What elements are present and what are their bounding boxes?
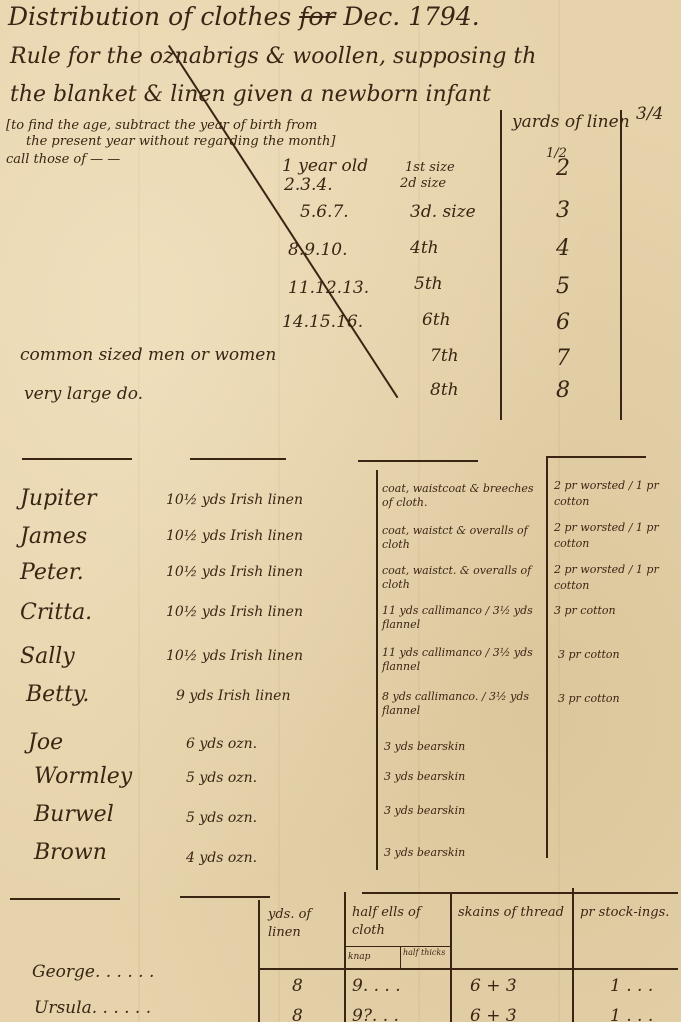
linen-cell: 8 xyxy=(292,976,303,996)
header-stockings: pr stock-ings. xyxy=(580,904,680,922)
age-cell: 2.3.4. xyxy=(284,175,333,195)
age-cell: very large do. xyxy=(24,384,143,404)
header-linen: yds. of linen xyxy=(268,906,342,942)
linen-allotment: 4 yds ozn. xyxy=(186,850,257,866)
thread-cell: 6 + 3 xyxy=(470,976,517,996)
size-cell: 3d. size xyxy=(410,202,476,222)
age-cell: 1 year old xyxy=(282,156,368,176)
thread-cell: 6 + 3 xyxy=(470,1006,517,1022)
size-cell: 1st size xyxy=(405,160,455,175)
linen-allotment: 10½ yds Irish linen xyxy=(166,648,303,664)
vertical-rule xyxy=(450,892,452,1022)
section-divider xyxy=(180,896,270,898)
header-thread: skains of thread xyxy=(458,904,568,922)
person-name: Brown xyxy=(34,840,107,865)
cloth-allotment: coat, waistcoat & breeches of cloth. xyxy=(382,482,542,510)
stockings-allotment: 2 pr worsted / 1 pr cotton xyxy=(554,520,681,552)
vertical-rule xyxy=(620,110,622,420)
size-cell: 2d size xyxy=(400,176,446,191)
rule-line-2: the blanket & linen given a newborn infa… xyxy=(10,82,491,107)
linen-allotment: 5 yds ozn. xyxy=(186,770,257,786)
section-divider xyxy=(10,898,120,900)
size-cell: 4th xyxy=(410,238,439,258)
document-title: Distribution of clothes for Dec. 1794. xyxy=(8,2,480,31)
cloth-allotment: 3 yds bearskin xyxy=(384,804,465,817)
age-cell: common sized men or women xyxy=(20,345,276,365)
person-name: Joe xyxy=(28,730,63,755)
struck-word: for xyxy=(299,2,335,31)
linen-cell: 7 xyxy=(556,346,570,371)
linen-cell: 8 xyxy=(556,378,570,403)
note-line-1: [to find the age, subtract the year of b… xyxy=(6,118,317,133)
size-cell: 7th xyxy=(430,346,459,366)
person-name: Burwel xyxy=(34,802,114,827)
linen-cell: 5 xyxy=(556,274,570,299)
vertical-rule xyxy=(546,458,548,858)
person-name: Wormley xyxy=(34,764,132,789)
cloth-allotment: 8 yds callimanco. / 3½ yds flannel xyxy=(382,690,542,718)
person-name: Jupiter xyxy=(20,486,96,511)
linen-cell: 6 xyxy=(556,310,570,335)
cloth-cell: 9. . . . xyxy=(352,976,401,996)
stockings-cell: 1 . . . xyxy=(610,1006,653,1022)
cloth-allotment: 11 yds callimanco / 3½ yds flannel xyxy=(382,646,542,674)
person-name: Sally xyxy=(20,644,75,669)
linen-cell: 4 xyxy=(556,236,570,261)
three-quarter-header: 3/4 xyxy=(636,104,663,124)
vertical-rule xyxy=(572,888,574,1022)
cloth-allotment: 3 yds bearskin xyxy=(384,846,465,859)
header-half-thicks: half thicks xyxy=(403,948,449,957)
age-cell: 11.12.13. xyxy=(288,278,369,298)
cloth-allotment: 11 yds callimanco / 3½ yds flannel xyxy=(382,604,542,632)
cloth-allotment: 3 yds bearskin xyxy=(384,740,465,753)
person-name: George. . . . . . xyxy=(32,962,154,982)
cloth-allotment: coat, waistct. & overalls of cloth xyxy=(382,564,542,592)
section-divider xyxy=(190,458,286,460)
age-cell: 5.6.7. xyxy=(300,202,349,222)
call-those-of: call those of — — xyxy=(6,152,120,167)
person-name: Peter. xyxy=(20,560,84,585)
linen-allotment: 6 yds ozn. xyxy=(186,736,257,752)
stockings-allotment: 2 pr worsted / 1 pr cotton xyxy=(554,562,681,594)
linen-allotment: 9 yds Irish linen xyxy=(176,688,291,704)
stockings-allotment: 2 pr worsted / 1 pr cotton xyxy=(554,478,681,510)
linen-cell: 3 xyxy=(556,198,570,223)
person-name: Betty. xyxy=(26,682,89,707)
size-cell: 8th xyxy=(430,380,459,400)
linen-cell: 8 xyxy=(292,1006,303,1022)
vertical-rule xyxy=(258,900,260,1022)
linen-allotment: 10½ yds Irish linen xyxy=(166,528,303,544)
yards-linen-header: yards of linen xyxy=(512,112,630,132)
section-divider xyxy=(22,458,132,460)
linen-allotment: 5 yds ozn. xyxy=(186,810,257,826)
subheader-rule xyxy=(400,946,401,968)
linen-cell: 2 xyxy=(556,156,570,181)
stockings-allotment: 3 pr cotton xyxy=(554,604,616,617)
age-cell: 14.15.16. xyxy=(282,312,363,332)
size-cell: 5th xyxy=(414,274,443,294)
linen-allotment: 10½ yds Irish linen xyxy=(166,492,303,508)
header-knap: knap xyxy=(348,952,370,962)
section-divider xyxy=(358,460,478,462)
header-underline xyxy=(258,968,678,970)
linen-allotment: 10½ yds Irish linen xyxy=(166,604,303,620)
vertical-rule xyxy=(500,110,502,420)
person-name: Critta. xyxy=(20,600,92,625)
section-divider xyxy=(546,456,646,458)
size-cell: 6th xyxy=(422,310,451,330)
subheader-rule xyxy=(346,946,450,947)
age-cell: 8.9.10. xyxy=(288,240,347,260)
rule-line-1: Rule for the oznabrigs & woollen, suppos… xyxy=(10,44,536,69)
person-name: James xyxy=(20,524,87,549)
section-divider xyxy=(362,892,678,894)
linen-allotment: 10½ yds Irish linen xyxy=(166,564,303,580)
person-name: Ursula. . . . . . xyxy=(34,998,151,1018)
stockings-allotment: 3 pr cotton xyxy=(558,692,620,705)
stockings-cell: 1 . . . xyxy=(610,976,653,996)
header-cloth: half ells of cloth xyxy=(352,904,448,940)
vertical-rule xyxy=(344,892,346,1022)
cloth-allotment: coat, waistct & overalls of cloth xyxy=(382,524,542,552)
stockings-allotment: 3 pr cotton xyxy=(558,648,620,661)
vertical-rule xyxy=(376,470,378,870)
cloth-allotment: 3 yds bearskin xyxy=(384,770,465,783)
cloth-cell: 9?. . . xyxy=(352,1006,399,1022)
title-date: Dec. 1794. xyxy=(343,2,479,31)
note-line-2: the present year without regarding the m… xyxy=(26,134,335,149)
